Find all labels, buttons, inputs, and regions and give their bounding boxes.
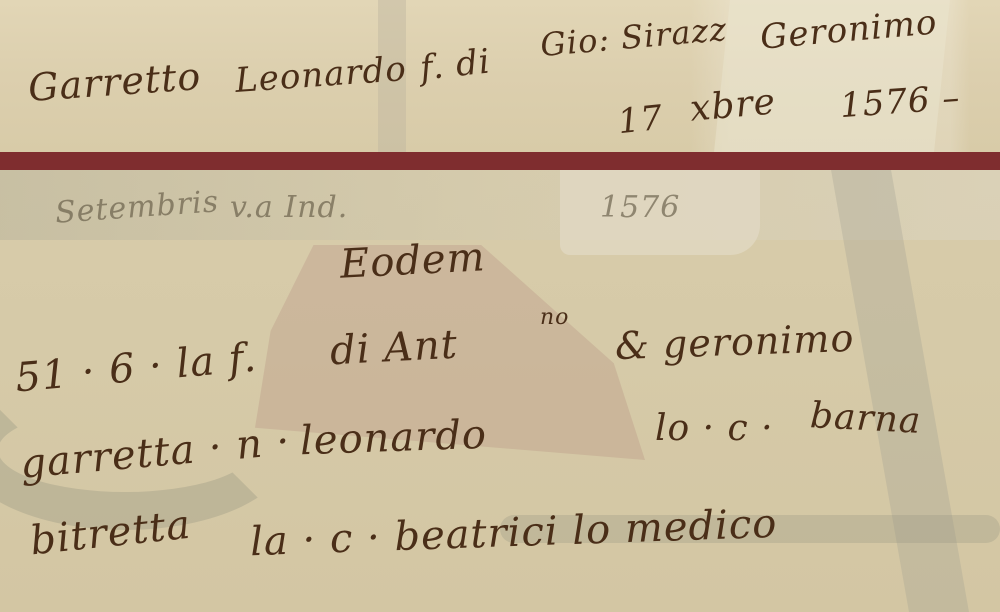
other-name-text: Geronimo <box>759 2 939 57</box>
date-day-text: 17 <box>616 98 665 143</box>
entry-line1-end: & geronimo <box>614 316 855 368</box>
bottom-manuscript-panel: Setembris v.a Ind. 1576 Eodem 51 · 6 · l… <box>0 170 1000 612</box>
given-name-text: Leonardo <box>234 49 408 101</box>
header-indiction-text: v.a Ind. <box>230 190 348 225</box>
relation-text: f. di <box>418 41 492 88</box>
entry-line3-prefix: bitretta <box>28 502 193 565</box>
paper-fold-strip <box>831 170 969 612</box>
entry-line1-prefix: 51 · 6 · la f. <box>13 335 258 402</box>
entry-line3-end: la · c · beatrici lo medico <box>249 501 778 565</box>
date-year-text: 1576 – <box>839 78 962 126</box>
header-month-text: Setembris <box>54 184 220 230</box>
date-month-text: xbre <box>688 81 777 129</box>
header-year-text: 1576 <box>600 190 680 225</box>
entry-line2-mid: lo · c · <box>655 408 774 449</box>
surname-text: Garretto <box>27 54 203 110</box>
panel-divider <box>0 152 1000 170</box>
entry-line2-end: barna <box>809 395 922 442</box>
entry-line2-name: leonardo <box>299 412 487 464</box>
entry-line2-prefix: garretta · n · <box>19 418 293 487</box>
eodem-text: Eodem <box>339 234 487 288</box>
entry-line1-superscript: no <box>540 305 569 330</box>
manuscript-page: Garretto Leonardo f. di Gio: Sirazz Gero… <box>0 0 1000 612</box>
father-name-text: Gio: Sirazz <box>539 10 729 64</box>
entry-line1-main: di Ant <box>329 322 459 375</box>
top-manuscript-panel: Garretto Leonardo f. di Gio: Sirazz Gero… <box>0 0 1000 152</box>
